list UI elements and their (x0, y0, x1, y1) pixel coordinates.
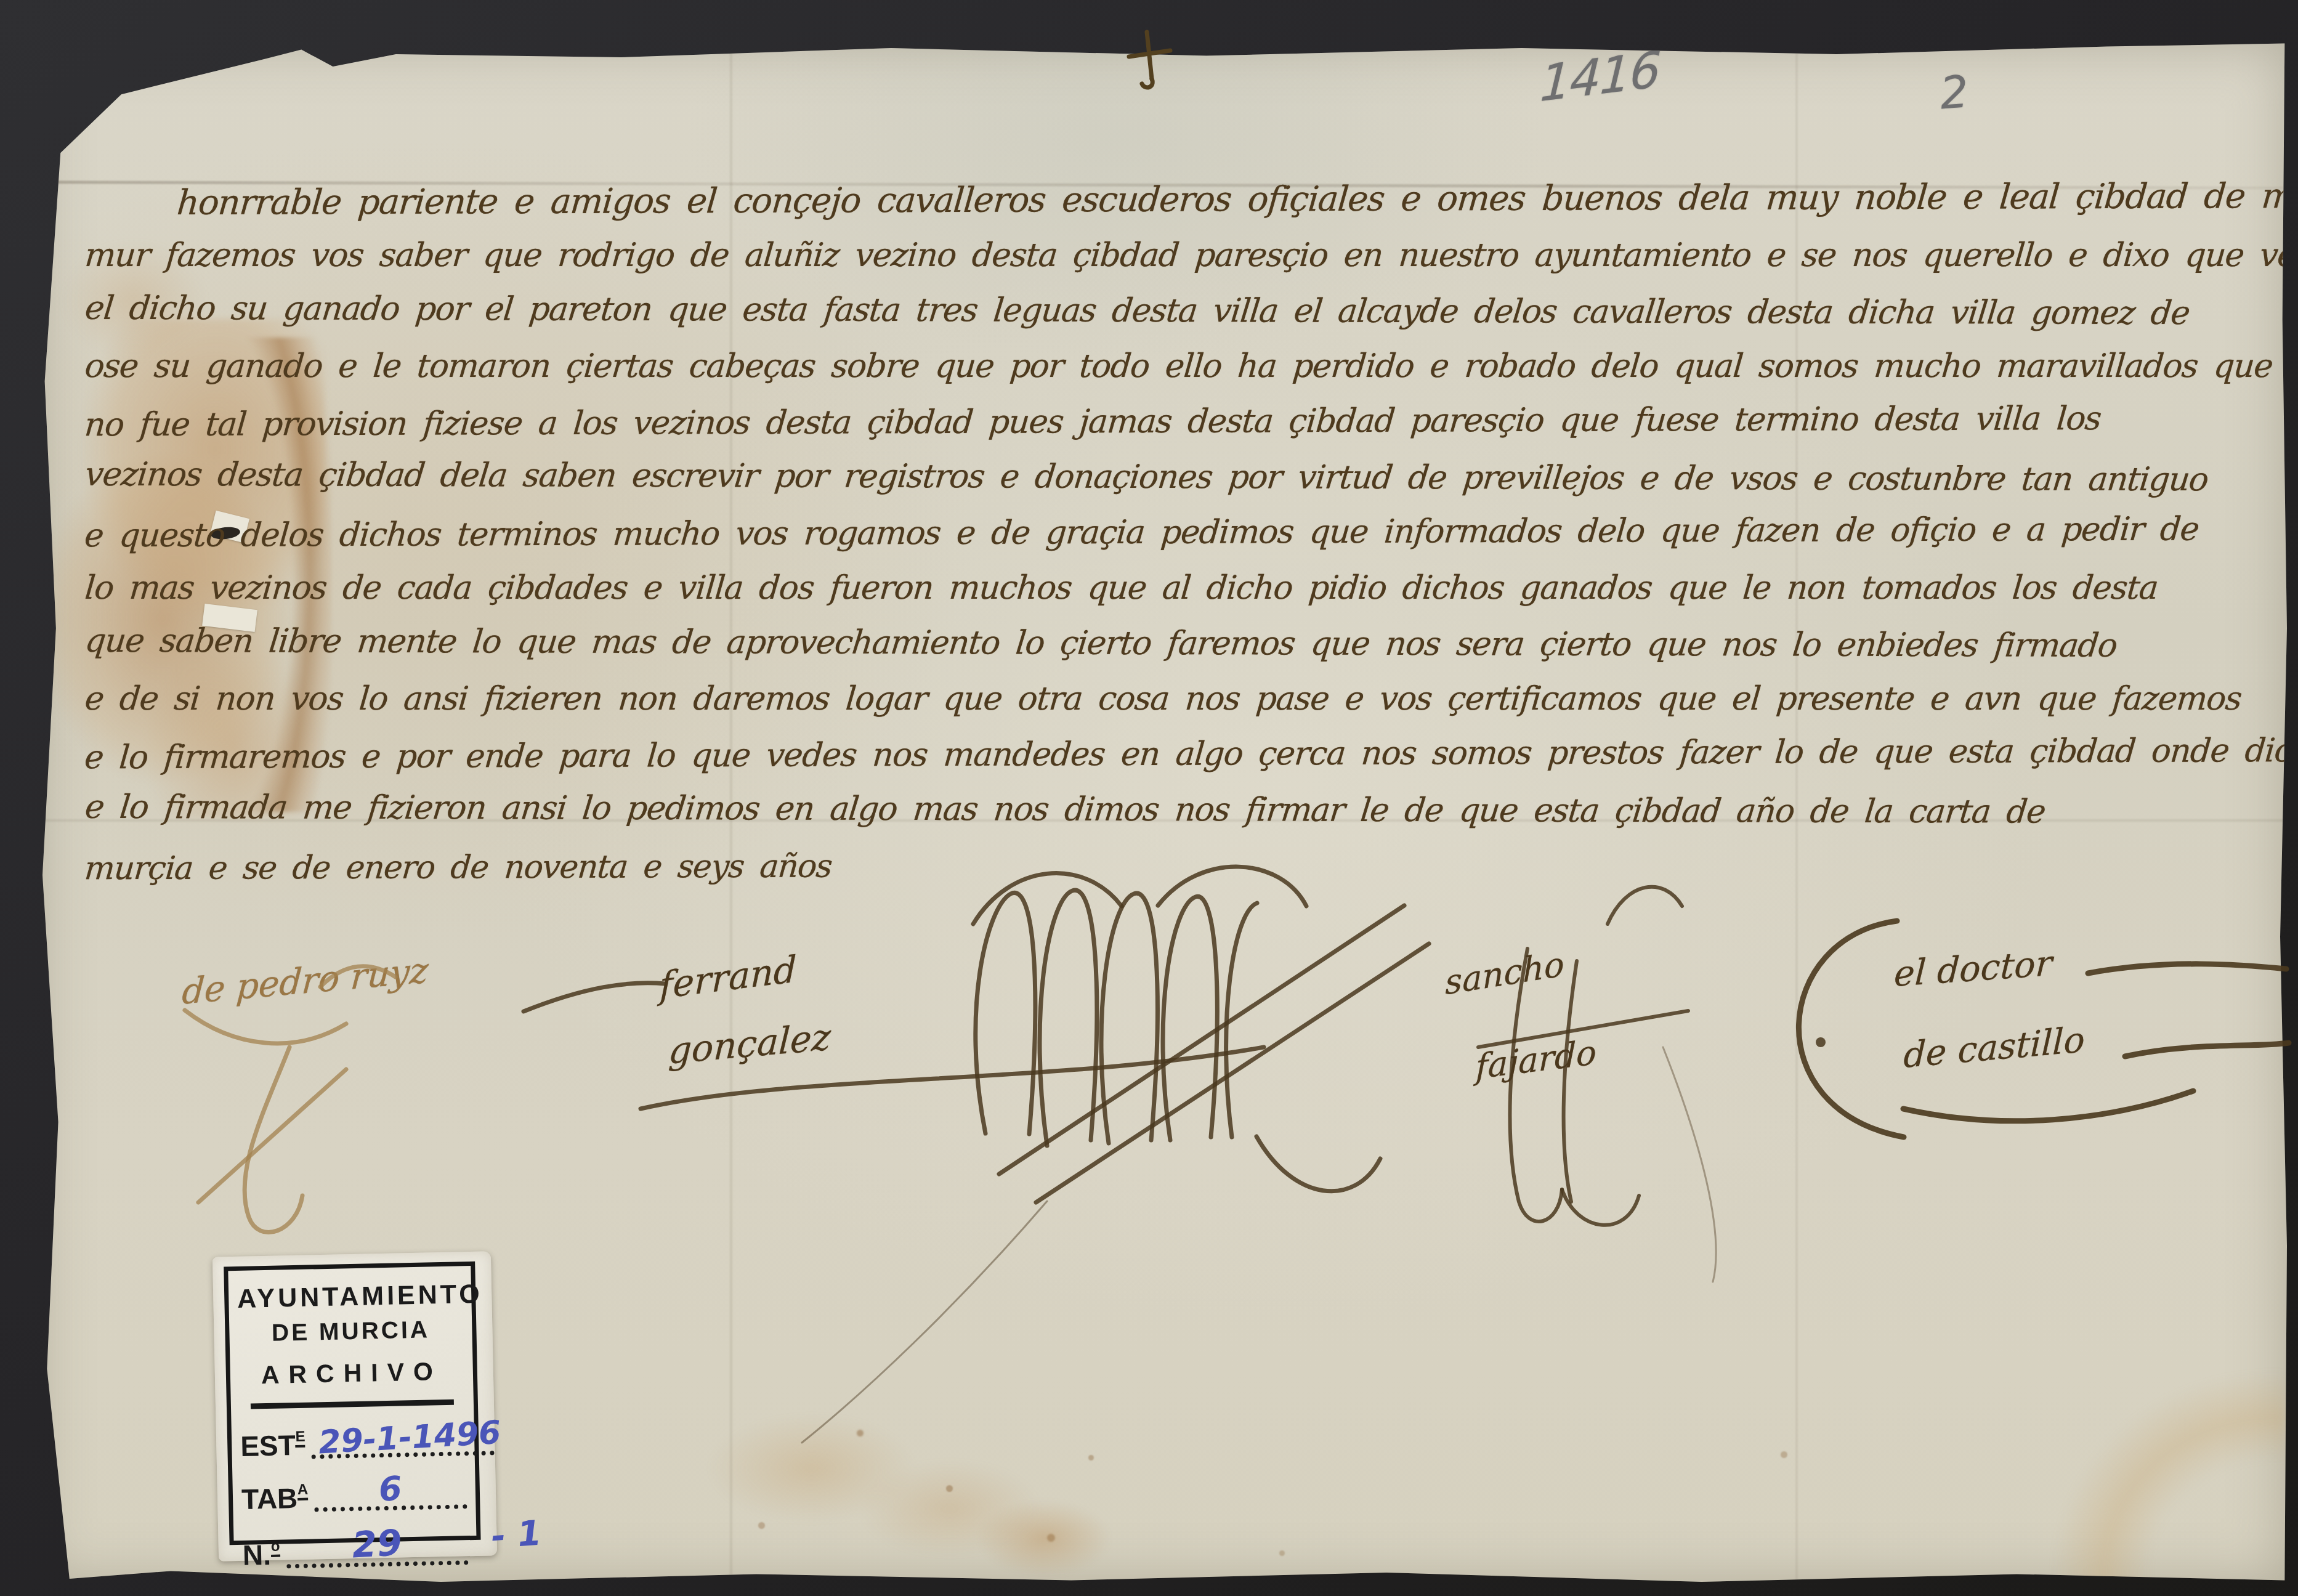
manuscript-line: vezinos desta çibdad dela saben escrevir… (83, 447, 2195, 508)
label-divider (251, 1400, 454, 1409)
label-org-name: DE MURCIA (238, 1316, 464, 1348)
manuscript-line: ose su ganado e le tomaron çiertas cabeç… (83, 339, 2194, 394)
label-field-num-label: N.o (243, 1539, 281, 1570)
scan-background: honrrable pariente e amigos el conçejo c… (0, 0, 2298, 1596)
manuscript-line: no fue tal provision fiziese a los vezin… (83, 391, 2195, 453)
label-field-est-line: 29-1-1496 (311, 1414, 495, 1459)
handwritten-call-number: 29-1-1496 (318, 1414, 502, 1461)
label-field-num: N.o 29 - 1 (242, 1518, 468, 1570)
manuscript-line: mur fazemos vos saber que rodrigo de alu… (83, 228, 2194, 283)
label-field-num-line: 29 (286, 1518, 469, 1568)
pencil-year-annotation: 1416 (1539, 40, 1661, 113)
archive-label: AYUNTAMIENTO DE MURCIA ARCHIVO ESTE 29-1… (212, 1251, 497, 1561)
manuscript-line: lo mas vezinos de cada çibdades e villa … (83, 561, 2194, 616)
signature-name: el doctor (1893, 943, 2053, 995)
label-field-tab: TABA 6 (241, 1465, 467, 1513)
water-stain (708, 1404, 1053, 1565)
manuscript-line: honrrable pariente e amigos el conçejo c… (83, 169, 2195, 232)
signature-name: fajardo (1475, 1032, 1596, 1087)
manuscript-line: e lo firmada me fizieron ansi lo pedimos… (83, 780, 2195, 840)
label-field-est-label: ESTE (240, 1430, 305, 1460)
manuscript-line: que saben libre mente lo que mas de apro… (83, 614, 2195, 674)
signature-name: gonçalez (668, 1015, 832, 1072)
label-org-name: AYUNTAMIENTO (237, 1279, 463, 1314)
label-archive-title: ARCHIVO (238, 1356, 464, 1390)
water-stain (2014, 1337, 2285, 1583)
foxing-specks (36, 42, 40, 46)
label-field-est: ESTE 29-1-1496 (240, 1414, 466, 1460)
document-paper: honrrable pariente e amigos el conçejo c… (36, 42, 2287, 1585)
manuscript-text-block: honrrable pariente e amigos el conçejo c… (85, 172, 2191, 893)
manuscript-line: murçia e se de enero de noventa e seys a… (83, 835, 2195, 897)
handwritten-doc-number: 29 (351, 1521, 403, 1566)
signature-name: sancho (1445, 944, 1564, 1002)
label-field-tab-line: 6 (314, 1465, 467, 1512)
pencil-folio-annotation: 2 (1938, 66, 1970, 119)
manuscript-line: e lo firmaremos e por ende para lo que v… (83, 724, 2195, 786)
label-field-tab-label: TABA (241, 1483, 309, 1513)
handwritten-tab-number: 6 (378, 1469, 403, 1509)
signature-name: de castillo (1903, 1019, 2086, 1076)
handwritten-doc-number-suffix: - 1 (490, 1513, 543, 1557)
signature-name: ferrand (659, 947, 797, 1007)
archive-label-frame: AYUNTAMIENTO DE MURCIA ARCHIVO ESTE 29-1… (224, 1262, 480, 1545)
manuscript-line: e de si non vos lo ansi fizieren non dar… (83, 671, 2194, 727)
water-stain (961, 1491, 1127, 1586)
manuscript-line: e questo delos dichos terminos mucho vos… (83, 502, 2195, 564)
manuscript-line: el dicho su ganado por el pareton que es… (83, 281, 2195, 341)
signature-faded: de pedro ruyz (180, 950, 429, 1013)
